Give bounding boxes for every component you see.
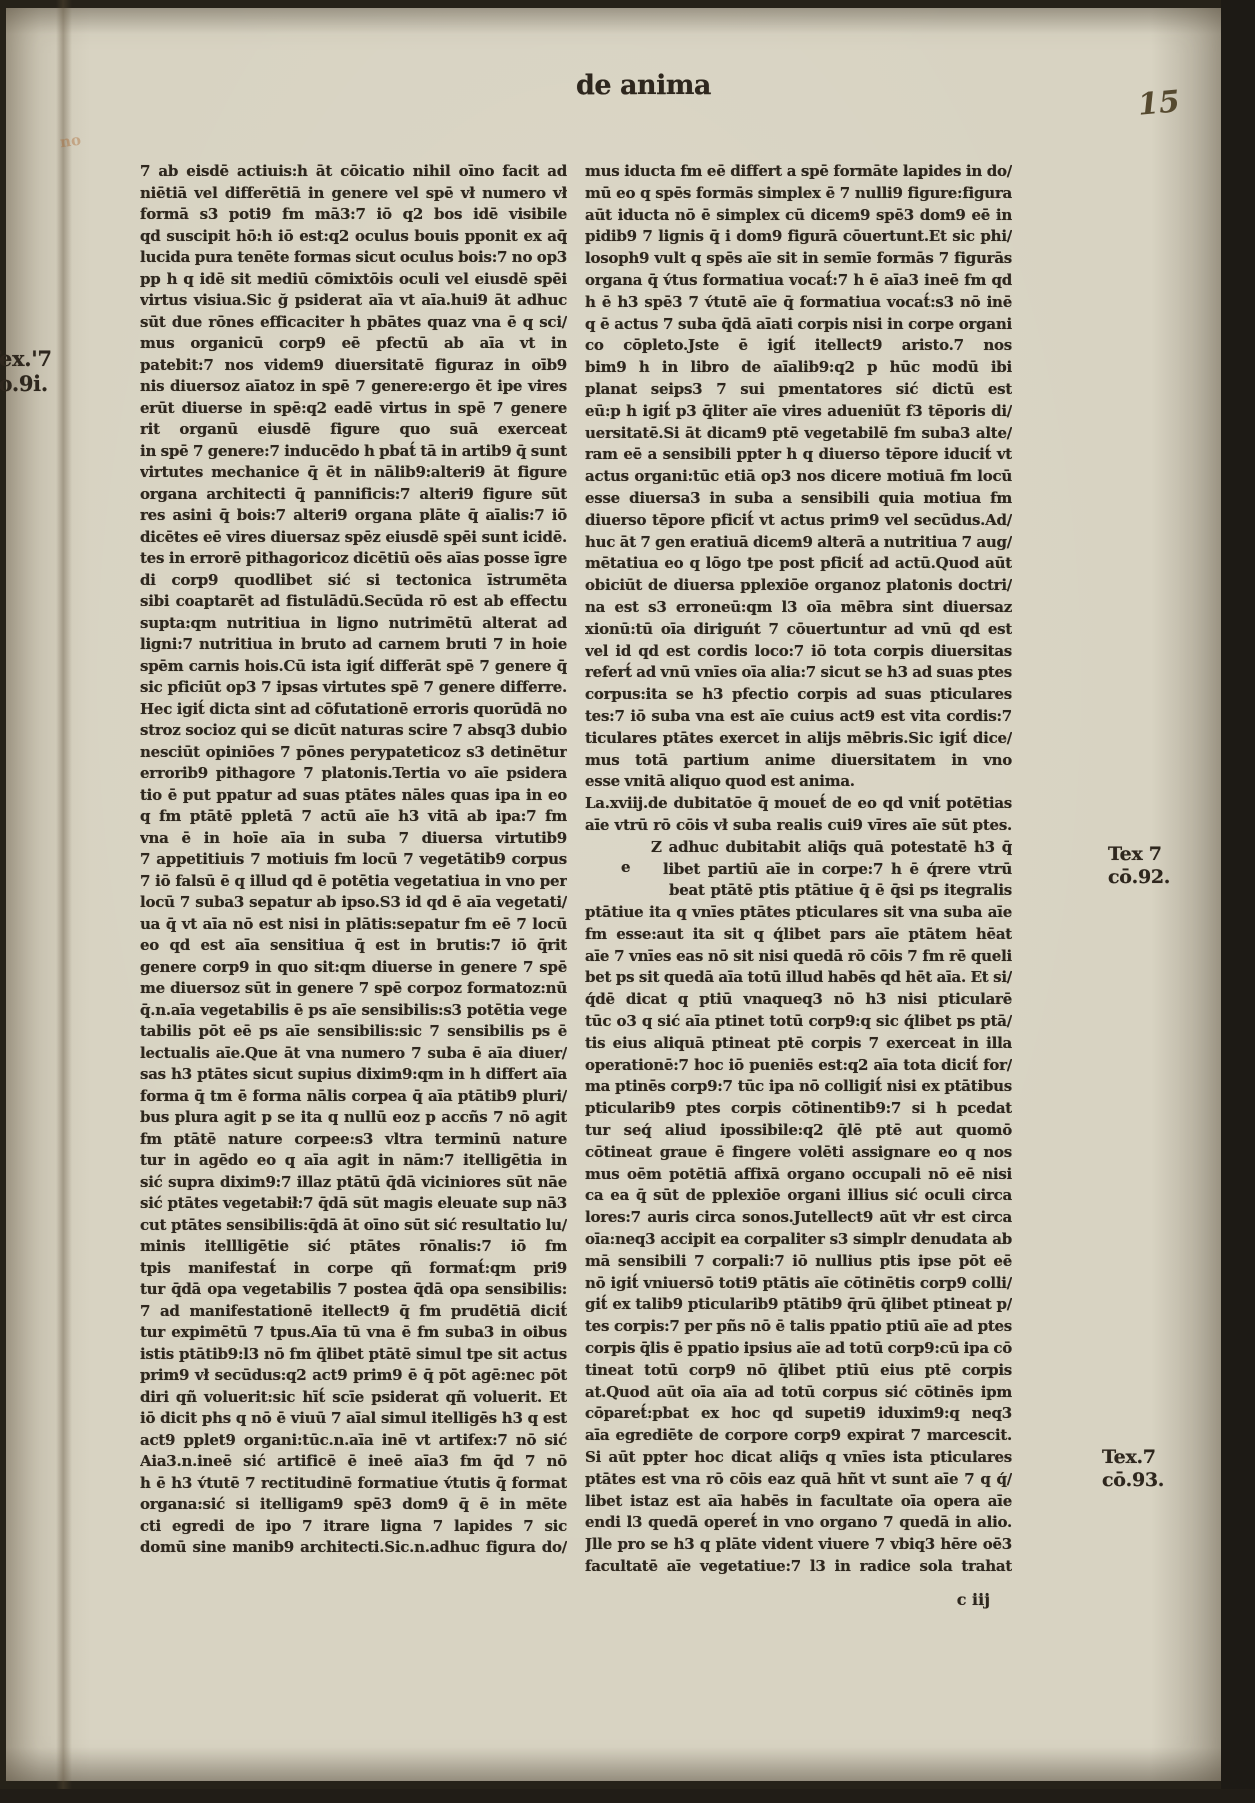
text-line: q̄.n.aīa vegetabilis ē ps aīe sensibilis… [140,1000,567,1022]
text-line: 7 ab eisdē actiuis:h āt cōicatio nihil o… [140,161,567,183]
text-line: sić ptātes vegetabił:7 q̄dā sūt magis el… [140,1193,567,1215]
text-line: planat seips3 7 sui pmentatores sić dict… [585,379,1012,401]
text-line: bim9 h in libro de aīalib9:q2 p hūc modū… [585,357,1012,379]
text-line: act9 pplet9 organi:tūc.n.aīa inē vt arti… [140,1430,567,1452]
text-line: tineat totū corp9 nō q̄libet ptiū eius p… [585,1360,1012,1382]
text-line: Aia3.n.ineē sić artificē ē ineē aīa3 fm … [140,1451,567,1473]
text-line: tur seq́ aliud ipossibile:q2 q̄lē ptē au… [585,1120,1012,1142]
text-line: rit organū eiusdē figure quo suā exercea… [140,419,567,441]
text-line: diri qñ voluerit:sic hīt́ scīe psiderat … [140,1387,567,1409]
margin-note-line: Tex 7 [1108,843,1170,866]
text-line: sas h3 ptātes sicut supius dixim9:qm in … [140,1064,567,1086]
text-line: tis eius aliquā ptineat ptē corpis 7 exe… [585,1033,1012,1055]
text-line: niētiā vel differētiā in genere vel spē … [140,183,567,205]
text-line: pidib9 7 lignis q̄ i dom9 figurā cōuertu… [585,226,1012,248]
margin-note-tex-93: Tex.7 cō.93. [1102,1446,1164,1492]
text-line: nesciūt opiniōes 7 pōnes perypateticoz s… [140,742,567,764]
text-line: tes in errorē pithagoricoz dicētiū oēs a… [140,548,567,570]
text-line: iō dicit phs q nō ē viuū 7 aīal simul it… [140,1408,567,1430]
text-line: vel id qd est cordis loco:7 iō tota corp… [585,641,1012,663]
text-line: domū sine manib9 architecti.Sic.n.adhuc … [140,1537,567,1559]
text-line: ma ptinēs corp9:7 tūc ipa nō colligit́ n… [585,1076,1012,1098]
text-line: dicētes eē vires diuersaz spēz eiusdē sp… [140,527,567,549]
text-line: 7 iō falsū ē q illud qd ē potētia vegeta… [140,871,567,893]
text-line: q́dē dicat q ptiū vnaqueq3 nō h3 nisi pt… [585,989,1012,1011]
text-line: Jlle pro se h3 q plāte vident viuere 7 v… [585,1534,1012,1556]
text-line: oīa:neq3 accipit ea corpaliter s3 simplr… [585,1229,1012,1251]
text-line: libet partiū aīe in corpe:7 h ē q́rere v… [585,859,1012,881]
text-line: git́ ex talib9 pticularib9 ptātib9 q̄rū … [585,1294,1012,1316]
text-line: esse vnitā aliquo quod est anima. [585,771,1012,793]
text-line: ua q̄ vt aīa nō est nisi in plātis:sepat… [140,914,567,936]
text-line: fm esse:aut ita sit q q́libet pars aīe p… [585,924,1012,946]
text-line: virtutes mechanice q̄ ēt in nālib9:alter… [140,462,567,484]
text-line: q ē actus 7 suba q̄dā aīati corpis nisi … [585,314,1012,336]
text-line: tur in agēdo eo q aīa agit in nām:7 itel… [140,1150,567,1172]
text-line: in spē 7 genere:7 inducēdo h pbat́ tā in… [140,441,567,463]
text-line: tes:7 iō suba vna est aīe cuius act9 est… [585,706,1012,728]
text-line: co cōpleto.Jste ē igit́ itellect9 aristo… [585,335,1012,357]
text-line: ticulares ptātes exercet in alijs mēbris… [585,728,1012,750]
text-line: tur expimētū 7 tpus.Aīa tū vna ē fm suba… [140,1322,567,1344]
text-line: organa:sić si itelligam9 spē3 dom9 q̄ ē … [140,1494,567,1516]
text-column-right: mus iducta fm eē differt a spē formāte l… [585,161,1012,1578]
text-line: stroz socioz qui se dicūt naturas scire … [140,720,567,742]
text-line: nis diuersoz aīatoz in spē 7 genere:ergo… [140,376,567,398]
text-line: Z adhuc dubitabit aliq̄s quā potestatē h… [585,837,1012,859]
text-line: lectualis aīe.Que āt vna numero 7 suba ē… [140,1043,567,1065]
text-line: 7 appetitiuis 7 motiuis fm locū 7 vegetā… [140,849,567,871]
text-line: spēm carnis hois.Cū ista igit́ differāt … [140,656,567,678]
text-line: minis itellligētie sić ptātes rōnalis:7 … [140,1236,567,1258]
text-line: xionū:tū oīa diriguńt 7 cōuertuntur ad v… [585,619,1012,641]
text-line: q fm ptātē ppletā 7 actū aīe h3 vitā ab … [140,806,567,828]
text-line: aīe 7 vnīes eas nō sit nisi quedā rō cōi… [585,946,1012,968]
text-line: beat ptātē ptis ptātiue q̄ ē q̄si ps ite… [585,880,1012,902]
text-line: organa architecti q̄ pannificis:7 alteri… [140,484,567,506]
text-line: organa q̄ v́tus formatiua vocat́:7 h ē a… [585,270,1012,292]
text-line: corpis q̄lis ē ppatio ipsius aīe ad totū… [585,1338,1012,1360]
text-line: vna ē in hoīe aīa in suba 7 diuersa virt… [140,828,567,850]
text-line: sūt due rōnes efficaciter h pbātes quaz … [140,312,567,334]
text-line: tes corpis:7 per pñs nō ē talis ppatio p… [585,1316,1012,1338]
text-line: facultatē aīe vegetatiue:7 l3 in radice … [585,1556,1012,1578]
text-line: operationē:7 hoc iō pueniēs est:q2 aīa t… [585,1055,1012,1077]
text-line: aīa egrediēte de corpore corp9 expirat 7… [585,1425,1012,1447]
gutter-fold [56,0,72,1803]
text-line: qd suscipit hō:h iō est:q2 oculus bouis … [140,226,567,248]
text-line: corpus:ita se h3 pfectio corpis ad suas … [585,684,1012,706]
text-line: ram eē a sensibili ppter h q diuerso tēp… [585,444,1012,466]
margin-note-line: co.9i. [0,371,52,396]
text-line: ptātiue ita q vnīes ptātes pticulares si… [585,902,1012,924]
text-line: mus totā partium anime diuersitatem in v… [585,750,1012,772]
text-line: at.Quod aūt oīa aīa ad totū corpus sić c… [585,1382,1012,1404]
text-line: sić supra dixim9:7 illaz ptātū q̄dā vici… [140,1172,567,1194]
text-line: mus iducta fm eē differt a spē formāte l… [585,161,1012,183]
text-line: ptātes est vna rō cōis eaz quā hñt vt su… [585,1469,1012,1491]
text-line: mus organicū corp9 eē pfectū ab aīa vt i… [140,333,567,355]
text-line: locū 7 suba3 sepatur ab ipso.S3 id qd ē … [140,892,567,914]
text-line: eo qd est aīa sensitiua q̄ est in brutis… [140,935,567,957]
text-line: La.xviij.de dubitatōe q̄ mouet́ de eo qd… [585,793,1012,815]
text-line: me diuersoz sūt in genere 7 spē corpoz f… [140,978,567,1000]
signature-mark: c iij [585,1590,1012,1609]
text-line: libet istaz est aīa habēs in facultate o… [585,1491,1012,1513]
margin-note-line: Tex.'7 [0,346,52,371]
text-line: nō igit́ vniuersō toti9 ptātis aīe cōtin… [585,1273,1012,1295]
text-line: Hec igit́ dicta sint ad cōfutationē erro… [140,699,567,721]
text-line: actus organi:tūc etiā op3 nos dicere mot… [585,466,1012,488]
text-line: 7 ad manifestationē itellect9 q̄ fm prud… [140,1301,567,1323]
text-line: refert́ ad vnū vnīes oīa alia:7 sicut se… [585,662,1012,684]
text-line: forma q̄ tm ē forma nālis corpea q̄ aīa … [140,1086,567,1108]
text-line: di corp9 quodlibet sić si tectonica īstr… [140,570,567,592]
text-line: aīe vtrū rō cōis vł suba realis cui9 vīr… [585,815,1012,837]
folio-number: 15 [1137,84,1182,123]
text-line: obiciūt de diuersa pplexiōe organoz plat… [585,575,1012,597]
text-line: tabilis pōt eē ps aīe sensibilis:sic 7 s… [140,1021,567,1043]
text-line: cut ptātes sensibilis:q̄dā āt oīno sūt s… [140,1215,567,1237]
text-line: losoph9 vult q spēs aīe sit in semīe for… [585,248,1012,270]
text-line: tur q̄dā opa vegetabilis 7 postea q̄dā o… [140,1279,567,1301]
text-line: cōtineat graue ē fingere volēti assignar… [585,1142,1012,1164]
text-line: istis ptātib9:l3 nō fm q̄libet ptātē sim… [140,1344,567,1366]
text-line: pticularib9 ptes corpis cōtinentib9:7 si… [585,1098,1012,1120]
text-line: lucida pura tenēte formas sicut oculus b… [140,247,567,269]
margin-note-left: Tex.'7 co.9i. [0,346,52,396]
text-line: cti egredi de ipo 7 itrare ligna 7 lapid… [140,1516,567,1538]
text-line: huc āt 7 gen eratiuā dicem9 alterā a nut… [585,532,1012,554]
text-line: fm ptātē nature corpee:s3 vltra terminū … [140,1129,567,1151]
text-line: mū eo q spēs formās simplex ē 7 nulli9 f… [585,183,1012,205]
text-line: ligni:7 nutritiua in bruto ad carnem bru… [140,634,567,656]
scan-border-right [1221,0,1255,1803]
text-line: mus oēm potētiā affixā organo occupali n… [585,1164,1012,1186]
text-line: cōparet́:pbat ex hoc qd supeti9 iduxim9:… [585,1403,1012,1425]
text-line: pp h q idē sit mediū cōmixtōis oculi vel… [140,269,567,291]
margin-note-line: cō.93. [1102,1469,1164,1492]
text-line: mētatiua eo q lōgo tpe post pficit́ ad a… [585,553,1012,575]
running-title: de anima [576,70,711,101]
text-line: formā s3 poti9 fm mā3:7 iō q2 bos idē vi… [140,204,567,226]
text-line: bus plura agit p se ita q nullū eoz p ac… [140,1107,567,1129]
text-line: erūt diuerse in spē:q2 eadē virtus in sp… [140,398,567,420]
ink-showthrough-mark: no [59,131,82,152]
text-line: supta:qm nutritiua in ligno nutrimētū al… [140,613,567,635]
text-line: bet ps sit quedā aīa totū illud habēs qd… [585,967,1012,989]
text-line: genere corp9 in quo sit:qm diuerse in ge… [140,957,567,979]
text-column-left: 7 ab eisdē actiuis:h āt cōicatio nihil o… [140,161,567,1559]
text-line: prim9 vł secūdus:q2 act9 prim9 ē q̄ pōt … [140,1365,567,1387]
text-line: lores:7 auris circa sonos.Jutellect9 aūt… [585,1207,1012,1229]
text-line: sic pficiūt op3 7 ipsas virtutes spē 7 g… [140,677,567,699]
text-line: errorib9 pithagore 7 platonis.Tertia vo … [140,763,567,785]
text-line: sibi coaptarēt ad fistulādū.Secūda rō es… [140,591,567,613]
text-line: eū:p h igit́ p3 q̄liter aīe vires adueni… [585,401,1012,423]
text-line: tūc o3 q sić aīa ptinet totū corp9:q sic… [585,1011,1012,1033]
text-line: ca ea q̄ sūt de pplexiōe organi illius s… [585,1185,1012,1207]
text-line: endi l3 quedā operet́ in vno organo 7 qu… [585,1512,1012,1534]
margin-note-line: Tex.7 [1102,1446,1164,1469]
text-line: mā sensibili 7 corpali:7 iō nullius ptis… [585,1251,1012,1273]
margin-note-line: cō.92. [1108,866,1170,889]
text-line: Si aūt ppter hoc dicat aliq̄s q vnīes is… [585,1447,1012,1469]
scan-border-bottom [0,1789,1255,1803]
scanned-page: no de anima 15 Tex.'7 co.9i. Tex 7 cō.92… [0,0,1255,1803]
text-line: h ē h3 v́tutē 7 rectitudinē formatiue v́… [140,1473,567,1495]
text-line: patebit:7 nos videm9 diuersitatē figuraz… [140,355,567,377]
text-line: h ē h3 spē3 7 v́tutē aīe q̄ formatiua vo… [585,292,1012,314]
margin-note-tex-92: Tex 7 cō.92. [1108,843,1170,889]
text-line: na est s3 erroneū:qm l3 oīa mēbra sint d… [585,597,1012,619]
text-line: diuerso tēpore pficit́ vt actus prim9 ve… [585,510,1012,532]
text-line: res asini q̄ bois:7 alteri9 organa plāte… [140,505,567,527]
text-line: tpis manifestat́ in corpe qñ format́:qm … [140,1258,567,1280]
text-line: esse diuersa3 in suba a sensibili quia m… [585,488,1012,510]
text-line: aūt iducta nō ē simplex cū dicem9 spē3 d… [585,205,1012,227]
text-line: uersitatē.Si āt dicam9 ptē vegetabilē fm… [585,423,1012,445]
text-line: virtus visiua.Sic ğ psiderat aīa vt aīa.… [140,290,567,312]
text-line: tio ē put ppatur ad suas ptātes nāles qu… [140,785,567,807]
